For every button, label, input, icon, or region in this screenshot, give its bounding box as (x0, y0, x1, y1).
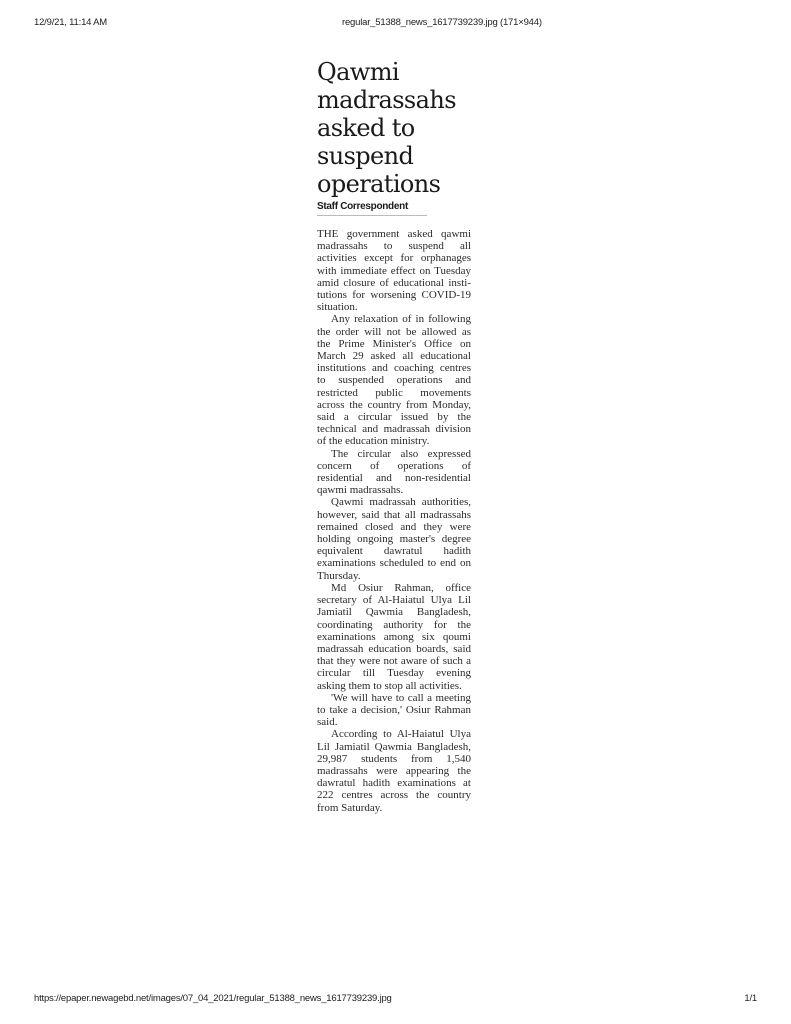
article-paragraph: Qawmi madrassah au­thorities, however, s… (317, 496, 471, 581)
print-datetime: 12/9/21, 11:14 AM (34, 17, 107, 28)
article-byline: Staff Correspondent (317, 201, 427, 216)
article-paragraph: According to Al-Haiatul Ulya Lil Jamiati… (317, 728, 471, 813)
article-paragraph: Any relaxation of in fol­lowing the orde… (317, 313, 471, 447)
headline-line: madrassahs (317, 86, 456, 114)
headline-line: asked to (317, 114, 415, 142)
article-headline: Qawmi madrassahs asked to suspend operat… (317, 58, 471, 198)
article-paragraph: 'We will have to call a meeting to take … (317, 692, 471, 729)
print-page-number: 1/1 (744, 993, 757, 1004)
headline-line: suspend (317, 142, 413, 170)
article-paragraph: THE government asked qawmi madrassahs to… (317, 228, 471, 313)
article-body: THE government asked qawmi madrassahs to… (317, 228, 471, 814)
news-article: Qawmi madrassahs asked to suspend operat… (317, 58, 471, 814)
print-title: regular_51388_news_1617739239.jpg (171×9… (342, 17, 542, 28)
headline-line: Qawmi (317, 58, 399, 86)
headline-line: operations (317, 170, 440, 198)
article-paragraph: Md Osiur Rahman, office secretary of Al-… (317, 582, 471, 692)
article-paragraph: The circular also ex­pressed concern of … (317, 448, 471, 497)
print-url: https://epaper.newagebd.net/images/07_04… (34, 993, 392, 1004)
